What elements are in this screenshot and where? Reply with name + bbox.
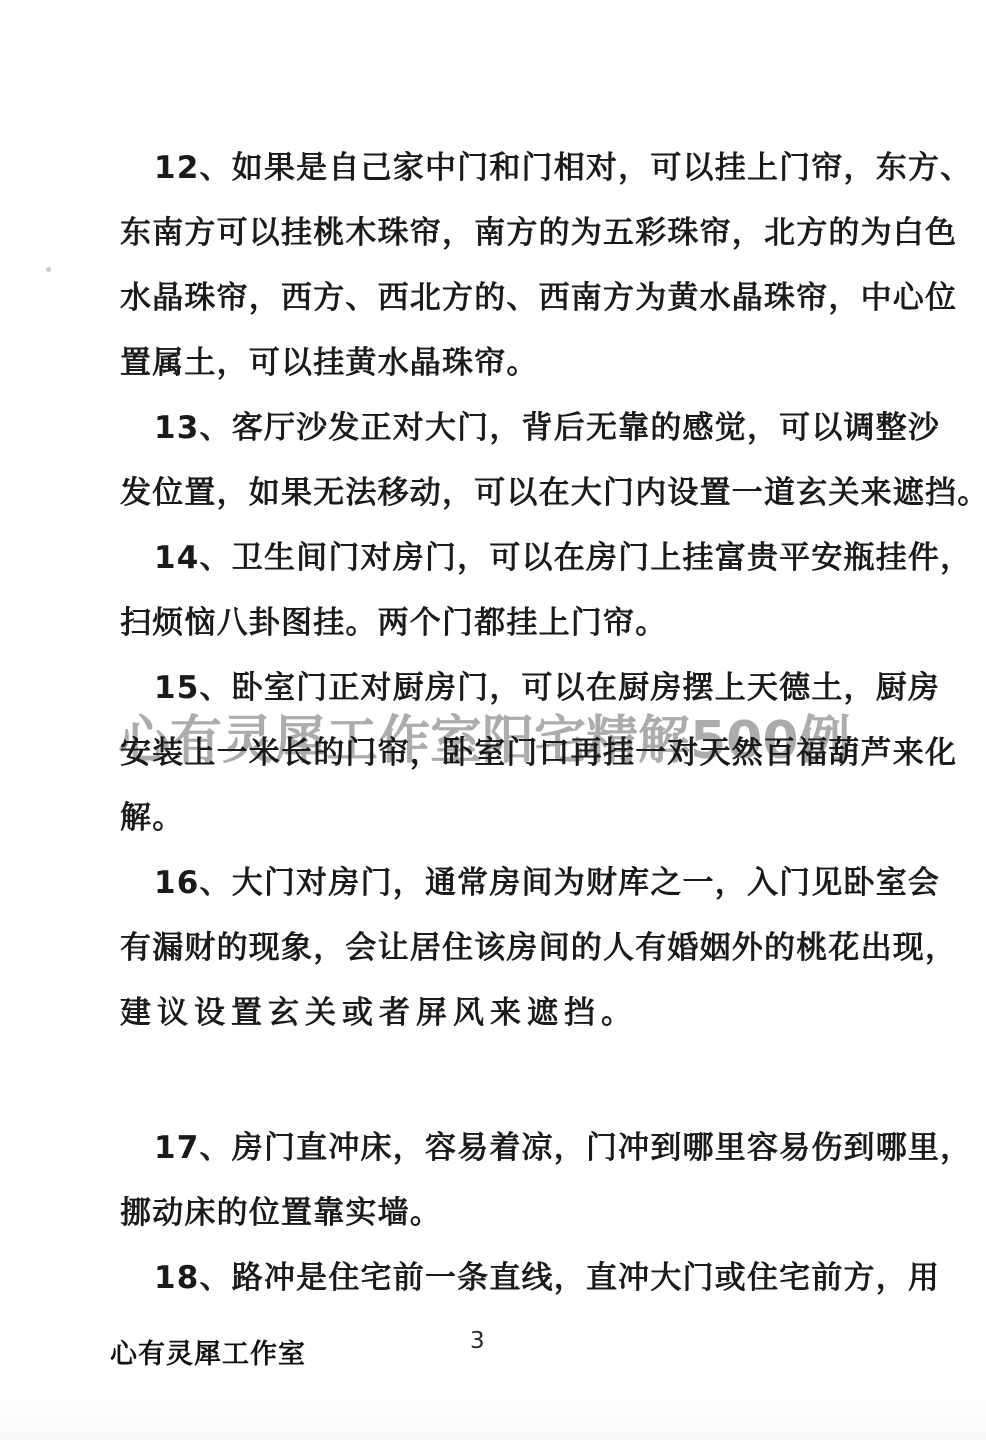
text-line: 有漏财的现象，会让居住该房间的人有婚姻外的桃花出现， <box>120 916 880 981</box>
text-line: 安装上一米长的门帘，卧室门口再挂一对天然百福葫芦来化 <box>120 721 880 786</box>
document-body: 12、如果是自己家中门和门相对，可以挂上门帘，东方、东南方可以挂桃木珠帘，南方的… <box>120 136 880 1311</box>
text-line: 扫烦恼八卦图挂。两个门都挂上门帘。 <box>120 591 880 656</box>
bottom-scan-shade <box>0 1395 986 1440</box>
text-line: 18、路冲是住宅前一条直线，直冲大门或住宅前方，用 <box>120 1246 880 1311</box>
text-line: 发位置，如果无法移动，可以在大门内设置一道玄关来遮挡。 <box>120 461 880 526</box>
text-line: 15、卧室门正对厨房门，可以在厨房摆上天德土，厨房 <box>120 656 880 721</box>
footer-studio-name: 心有灵犀工作室 <box>110 1332 306 1371</box>
text-line: 12、如果是自己家中门和门相对，可以挂上门帘，东方、 <box>120 136 880 201</box>
footer-page-number: 3 <box>470 1328 485 1354</box>
text-line: 建议设置玄关或者屏风来遮挡。 <box>120 981 880 1046</box>
text-line: 水晶珠帘，西方、西北方的、西南方为黄水晶珠帘，中心位 <box>120 266 880 331</box>
text-line: 13、客厅沙发正对大门，背后无靠的感觉，可以调整沙 <box>120 396 880 461</box>
text-line: 东南方可以挂桃木珠帘，南方的为五彩珠帘，北方的为白色 <box>120 201 880 266</box>
text-line: 17、房门直冲床，容易着凉，门冲到哪里容易伤到哪里， <box>120 1116 880 1181</box>
scanned-document-page: 心有灵犀工作室阳宅精解500例 12、如果是自己家中门和门相对，可以挂上门帘，东… <box>0 0 986 1440</box>
scan-speck <box>46 267 51 272</box>
text-line: 挪动床的位置靠实墙。 <box>120 1181 880 1246</box>
text-line: 解。 <box>120 786 880 851</box>
text-line: 14、卫生间门对房门，可以在房门上挂富贵平安瓶挂件， <box>120 526 880 591</box>
blank-line <box>120 1046 880 1116</box>
text-line: 16、大门对房门，通常房间为财库之一，入门见卧室会 <box>120 851 880 916</box>
text-line: 置属土，可以挂黄水晶珠帘。 <box>120 331 880 396</box>
